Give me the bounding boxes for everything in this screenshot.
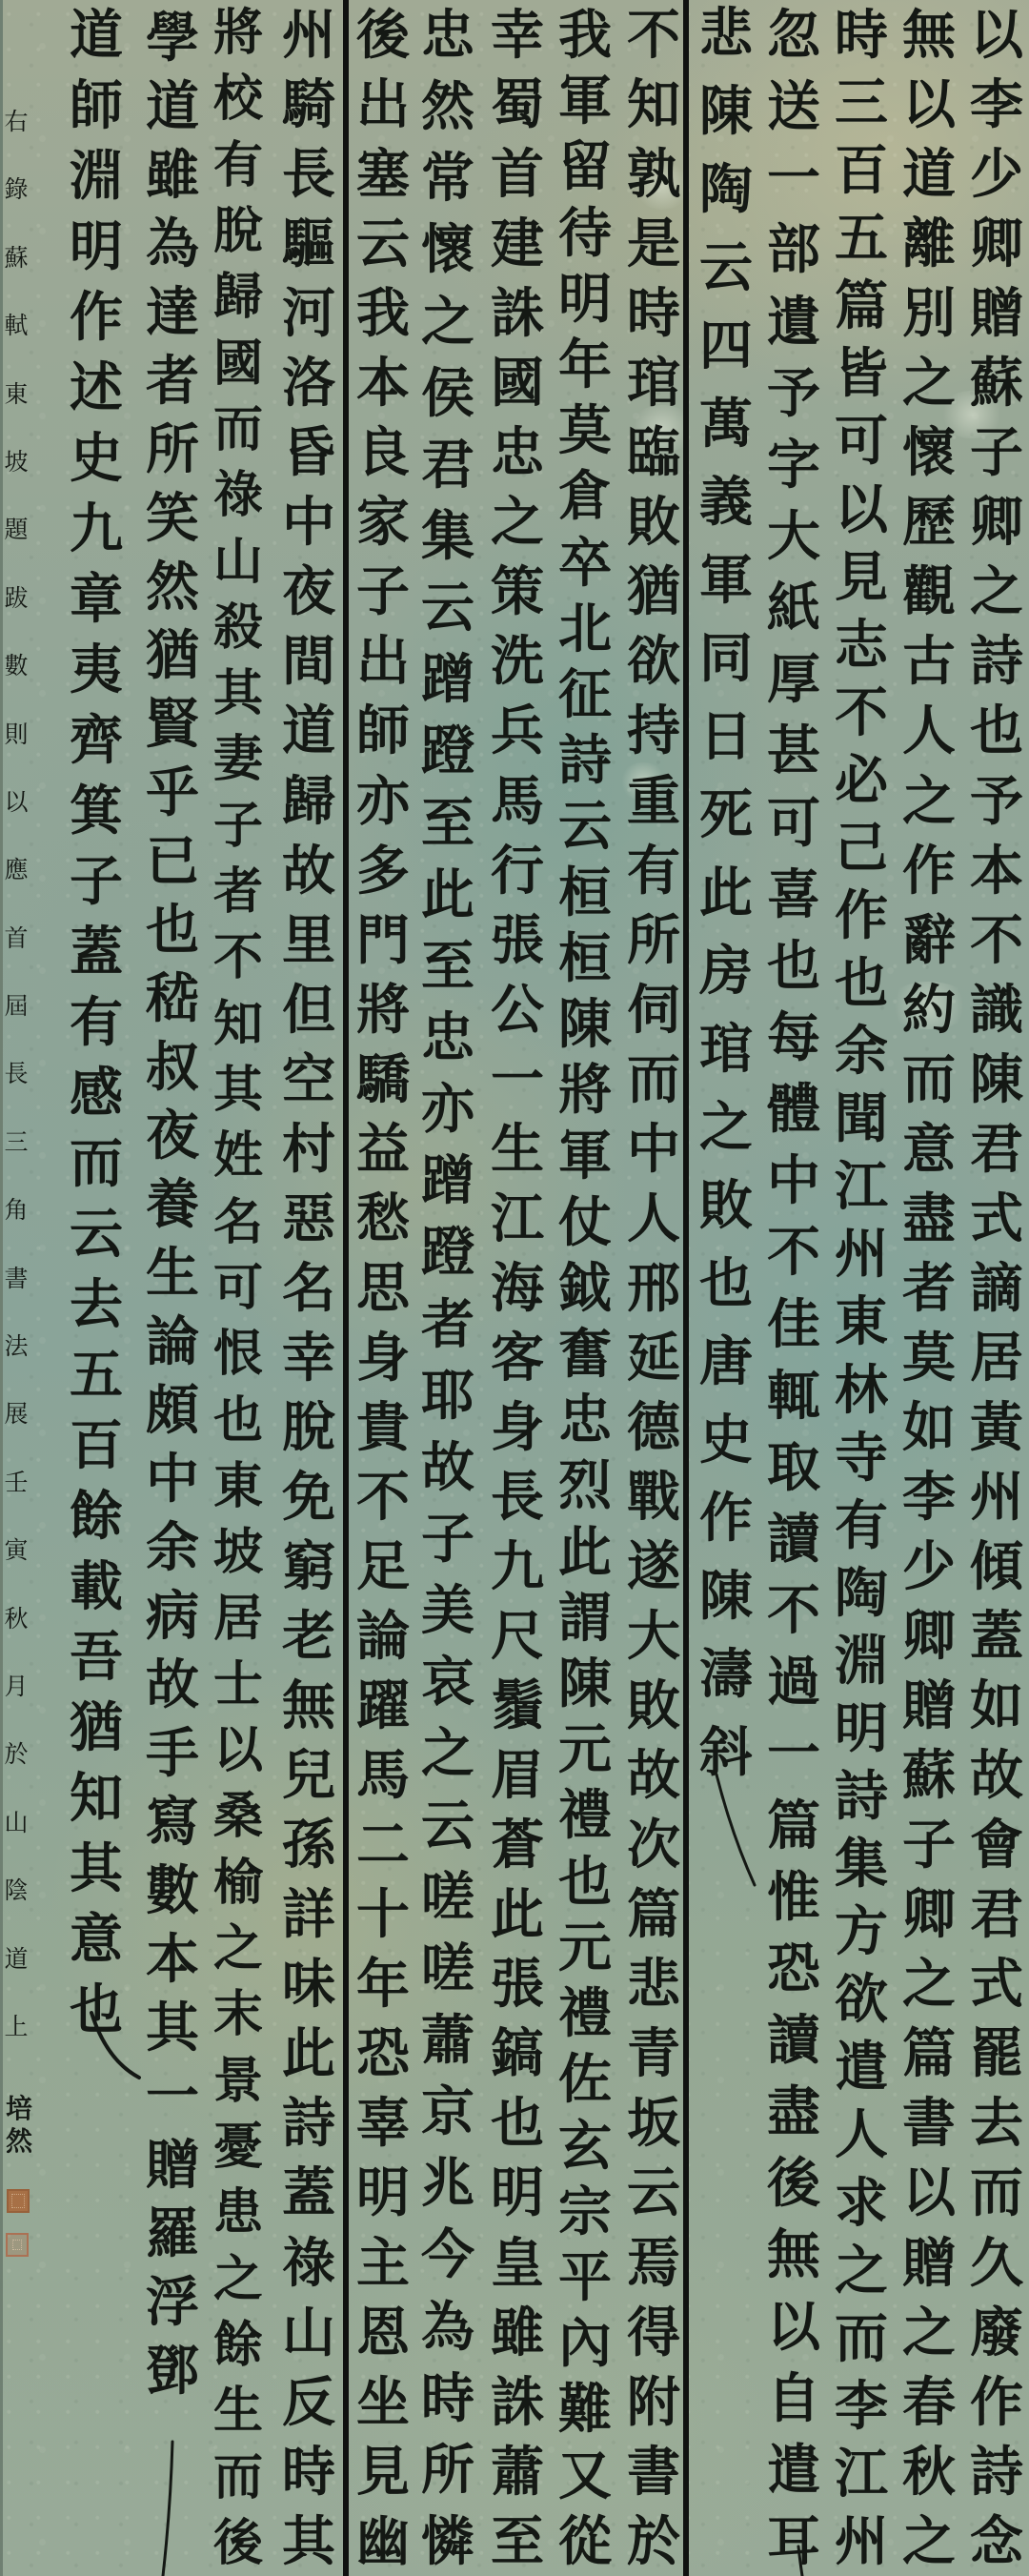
glyph: 誅	[483, 286, 552, 341]
glyph: 焉	[619, 2236, 688, 2291]
glyph: 征	[551, 667, 619, 722]
glyph: 祿	[204, 470, 272, 521]
glyph: 恐	[349, 2026, 417, 2081]
glyph: 烈	[551, 1458, 619, 1513]
glyph: 讀	[759, 1511, 828, 1567]
glyph: 述	[62, 353, 131, 423]
text-column-10: 後出塞云我本良家子出師亦多門將驕益愁思身貴不足論躍馬二十年恐辜明主恩坐見幽	[349, 8, 417, 2569]
glyph: 多	[349, 843, 417, 899]
glyph: 不	[349, 1470, 417, 1525]
glyph: 元	[551, 1722, 619, 1777]
glyph: 學	[138, 4, 207, 72]
glyph: 為	[138, 210, 207, 278]
glyph: 建	[483, 216, 552, 272]
glyph: 嗟	[414, 1941, 482, 1997]
glyph: 春	[895, 2375, 963, 2430]
text-column-14: 道師淵明作述史九章夷齊箕子蓋有感而云去五百餘載吾猶知其意也	[62, 0, 131, 2045]
glyph: 予	[759, 366, 828, 421]
glyph: 得	[619, 2305, 688, 2361]
glyph: 時	[619, 286, 688, 341]
glyph: 待	[551, 206, 619, 261]
glyph: 國	[204, 338, 272, 390]
glyph: 坂	[619, 2096, 688, 2151]
glyph: 皆	[827, 346, 896, 401]
glyph: 餘	[62, 1481, 131, 1552]
glyph: 難	[551, 2382, 619, 2437]
glyph: 歸	[204, 272, 272, 323]
glyph: 云	[349, 216, 417, 272]
glyph: 平	[551, 2250, 619, 2305]
glyph: 所	[138, 416, 207, 484]
glyph: 悲	[619, 1957, 688, 2012]
glyph: 嵇	[138, 964, 207, 1033]
glyph: 君	[962, 1887, 1029, 1942]
glyph: 居	[962, 1330, 1029, 1386]
glyph: 空	[274, 1052, 343, 1107]
glyph: 惡	[274, 1191, 343, 1247]
glyph: 河	[274, 286, 343, 341]
glyph: 行	[483, 843, 552, 899]
glyph: 云	[414, 580, 482, 636]
glyph: 遣	[759, 2443, 828, 2498]
glyph: 後	[204, 2518, 272, 2569]
glyph: 蜀	[483, 77, 552, 132]
glyph: 忠	[414, 8, 482, 63]
glyph: 延	[619, 1330, 688, 1386]
glyph: 末	[204, 1989, 272, 2040]
glyph: 留	[551, 139, 619, 194]
glyph: 奮	[551, 1327, 619, 1382]
glyph: 者	[895, 1261, 963, 1316]
glyph: 佐	[551, 2052, 619, 2107]
glyph: 見	[827, 550, 896, 605]
glyph: 道	[274, 703, 343, 759]
glyph: 詩	[827, 1769, 896, 1824]
glyph: 而	[204, 404, 272, 456]
glyph: 猶	[619, 564, 688, 619]
glyph: 展	[1, 1380, 31, 1448]
glyph: 取	[759, 1440, 828, 1495]
glyph: 大	[619, 1609, 688, 1664]
glyph: 恨	[204, 1329, 272, 1380]
glyph: 四	[692, 307, 760, 385]
glyph: 也	[483, 2096, 552, 2151]
glyph: 萬	[692, 385, 760, 463]
glyph: 蘇	[1, 224, 31, 292]
glyph: 求	[827, 2176, 896, 2231]
glyph: 於	[1, 1720, 31, 1788]
glyph: 約	[895, 983, 963, 1038]
glyph: 躍	[349, 1678, 417, 1734]
glyph: 洗	[483, 634, 552, 689]
glyph: 之	[895, 1957, 963, 2012]
glyph: 百	[827, 143, 896, 198]
glyph: 部	[759, 222, 828, 277]
glyph: 以	[759, 2300, 828, 2355]
glyph: 雖	[138, 141, 207, 210]
glyph: 我	[551, 8, 619, 63]
glyph: 吾	[62, 1622, 131, 1693]
glyph: 中	[274, 495, 343, 550]
glyph: 論	[349, 1609, 417, 1664]
glyph: 貴	[349, 1400, 417, 1455]
glyph: 不	[204, 932, 272, 984]
glyph: 者	[414, 1297, 482, 1352]
glyph: 其	[274, 2514, 343, 2569]
glyph: 重	[619, 774, 688, 829]
glyph: 附	[619, 2375, 688, 2430]
text-column-4: 忽送一部遺予字大紙厚甚可喜也每體中不佳輒取讀不過一篇惟恐讀盡後無以自遣耳	[759, 8, 828, 2569]
glyph: 卿	[895, 1609, 963, 1664]
glyph: 贈	[895, 1678, 963, 1734]
glyph: 本	[962, 843, 1029, 899]
glyph: 元	[551, 1920, 619, 1976]
glyph: 一	[138, 2062, 207, 2131]
text-column-1: 以李少卿贈蘇子卿之詩也予本不識陳君式謫居黃州傾蓋如故會君式罷去而久廢作詩念	[962, 8, 1029, 2569]
glyph: 作	[895, 843, 963, 899]
glyph: 耶	[414, 1369, 482, 1424]
glyph: 州	[827, 1227, 896, 1282]
glyph: 其	[62, 1834, 131, 1904]
glyph: 法	[1, 1312, 31, 1380]
glyph: 以	[895, 77, 963, 132]
glyph: 村	[274, 1122, 343, 1177]
glyph: 大	[759, 509, 828, 564]
glyph: 己	[827, 821, 896, 876]
glyph: 蕭	[414, 2013, 482, 2068]
glyph: 忠	[551, 1392, 619, 1448]
colophon-inscription: 右錄蘇軾東坡題跋數則以應首屆長三角書法展壬寅秋月於山陰道上	[1, 88, 31, 2060]
glyph: 應	[1, 836, 31, 903]
glyph: 辜	[349, 2096, 417, 2151]
glyph: 窮	[274, 1539, 343, 1594]
glyph: 卿	[962, 495, 1029, 550]
glyph: 兵	[483, 703, 552, 759]
glyph: 持	[619, 703, 688, 759]
glyph: 而	[62, 1128, 131, 1199]
glyph: 古	[895, 634, 963, 689]
glyph: 敗	[692, 1166, 760, 1245]
glyph: 至	[483, 2514, 552, 2569]
glyph: 罷	[962, 2026, 1029, 2081]
glyph: 邢	[619, 1261, 688, 1316]
glyph: 集	[827, 1836, 896, 1892]
glyph: 坡	[204, 1527, 272, 1578]
glyph: 居	[204, 1593, 272, 1645]
glyph: 以	[895, 2165, 963, 2221]
glyph: 陳	[551, 997, 619, 1052]
glyph: 浮	[138, 2268, 207, 2337]
glyph: 亦	[414, 1082, 482, 1137]
glyph: 子	[62, 846, 131, 917]
glyph: 式	[962, 1957, 1029, 2012]
glyph: 誅	[483, 2375, 552, 2430]
glyph: 桓	[551, 931, 619, 986]
glyph: 詩	[551, 733, 619, 788]
glyph: 間	[274, 634, 343, 689]
glyph: 之	[962, 564, 1029, 619]
glyph: 屆	[1, 972, 31, 1040]
glyph: 主	[349, 2236, 417, 2291]
glyph: 余	[138, 1513, 207, 1582]
glyph: 州	[274, 8, 343, 63]
glyph: 不	[827, 685, 896, 740]
glyph: 首	[483, 147, 552, 202]
glyph: 蘇	[962, 355, 1029, 411]
glyph: 淵	[827, 1633, 896, 1689]
glyph: 之	[827, 2243, 896, 2299]
glyph: 壬	[1, 1449, 31, 1516]
glyph: 輒	[759, 1369, 828, 1424]
glyph: 陳	[692, 1557, 760, 1635]
glyph: 尺	[483, 1609, 552, 1664]
glyph: 也	[827, 956, 896, 1011]
glyph: 五	[827, 211, 896, 266]
glyph: 門	[349, 913, 417, 968]
glyph: 山	[204, 537, 272, 588]
brush-tail-stroke	[163, 2442, 172, 2576]
glyph: 寅	[1, 1516, 31, 1584]
glyph: 無	[759, 2227, 828, 2282]
glyph: 州	[827, 2514, 896, 2569]
glyph: 人	[827, 2107, 896, 2162]
glyph: 君	[414, 437, 482, 493]
glyph: 年	[551, 337, 619, 393]
glyph: 德	[619, 1400, 688, 1455]
glyph: 寫	[138, 1788, 207, 1856]
glyph: 馬	[483, 774, 552, 829]
glyph: 謂	[551, 1591, 619, 1646]
glyph: 不	[759, 1225, 828, 1280]
glyph: 身	[483, 1400, 552, 1455]
text-column-6: 不知孰是時琯臨敗猶欲持重有所伺而中人邢延德戰遂大敗故次篇悲青坂云焉得附書於	[619, 8, 688, 2569]
glyph: 書	[895, 2096, 963, 2151]
glyph: 江	[827, 2446, 896, 2502]
glyph: 懷	[414, 222, 482, 277]
glyph: 故	[138, 1651, 207, 1719]
glyph: 至	[414, 939, 482, 994]
glyph: 手	[138, 1719, 207, 1788]
glyph: 坐	[349, 2375, 417, 2430]
glyph: 無	[895, 8, 963, 63]
glyph: 愁	[349, 1191, 417, 1247]
glyph: 美	[414, 1583, 482, 1638]
glyph: 唐	[692, 1323, 760, 1401]
glyph: 將	[551, 1063, 619, 1118]
glyph: 也	[759, 939, 828, 994]
glyph: 餘	[204, 2320, 272, 2371]
glyph: 之	[483, 495, 552, 550]
glyph: 伺	[619, 983, 688, 1038]
glyph: 懷	[895, 425, 963, 480]
glyph: 無	[274, 1678, 343, 1734]
glyph: 江	[483, 1191, 552, 1247]
glyph: 從	[551, 2514, 619, 2569]
glyph: 里	[274, 913, 343, 968]
glyph: 之	[895, 355, 963, 411]
glyph: 培	[6, 2093, 32, 2125]
glyph: 而	[827, 2311, 896, 2366]
glyph: 篇	[895, 2026, 963, 2081]
glyph: 洛	[274, 355, 343, 411]
glyph: 則	[1, 700, 31, 768]
glyph: 厚	[759, 652, 828, 707]
glyph: 體	[759, 1082, 828, 1137]
glyph: 嗟	[414, 1870, 482, 1925]
glyph: 李	[895, 1470, 963, 1525]
glyph: 以	[827, 482, 896, 538]
glyph: 有	[827, 1498, 896, 1553]
glyph: 青	[619, 2026, 688, 2081]
glyph: 欲	[827, 1972, 896, 2027]
glyph: 志	[827, 618, 896, 673]
glyph: 作	[962, 2375, 1029, 2430]
glyph: 海	[483, 1261, 552, 1316]
glyph: 斜	[692, 1714, 760, 1792]
glyph: 陳	[692, 72, 760, 151]
glyph: 恐	[759, 1941, 828, 1997]
glyph: 子	[895, 1817, 963, 1873]
glyph: 驅	[274, 216, 343, 272]
glyph: 公	[483, 983, 552, 1038]
glyph: 寺	[827, 1430, 896, 1486]
seal-stamp-1	[7, 2189, 30, 2213]
glyph: 榆	[204, 1857, 272, 1909]
glyph: 惟	[759, 1870, 828, 1925]
glyph: 可	[759, 796, 828, 851]
glyph: 欲	[619, 634, 688, 689]
glyph: 其	[204, 1065, 272, 1116]
glyph: 內	[551, 2316, 619, 2371]
glyph: 贈	[962, 286, 1029, 341]
glyph: 然	[6, 2125, 32, 2158]
glyph: 蘇	[895, 1748, 963, 1803]
glyph: 意	[62, 1904, 131, 1975]
glyph: 師	[62, 71, 131, 141]
glyph: 之	[692, 1088, 760, 1166]
glyph: 人	[895, 703, 963, 759]
glyph: 如	[962, 1678, 1029, 1734]
glyph: 而	[204, 2452, 272, 2504]
glyph: 可	[827, 414, 896, 469]
glyph: 軾	[1, 292, 31, 359]
glyph: 年	[349, 1957, 417, 2012]
glyph: 而	[619, 1052, 688, 1107]
glyph: 中	[138, 1445, 207, 1513]
glyph: 山	[274, 2305, 343, 2361]
glyph: 作	[62, 282, 131, 353]
glyph: 我	[349, 286, 417, 341]
glyph: 老	[274, 1609, 343, 1664]
glyph: 意	[895, 1122, 963, 1177]
glyph: 史	[692, 1401, 760, 1479]
glyph: 以	[962, 8, 1029, 63]
glyph: 讀	[759, 2013, 828, 2068]
glyph: 此	[692, 854, 760, 932]
seal-border	[12, 2240, 22, 2250]
glyph: 少	[962, 147, 1029, 202]
glyph: 數	[138, 1856, 207, 1925]
glyph: 兆	[414, 2156, 482, 2211]
glyph: 妻	[204, 734, 272, 785]
glyph: 跋	[1, 564, 31, 632]
glyph: 念	[962, 2514, 1029, 2569]
glyph: 義	[692, 463, 760, 541]
glyph: 江	[827, 1159, 896, 1214]
glyph: 悲	[692, 0, 760, 72]
glyph: 中	[759, 1153, 828, 1208]
glyph: 臨	[619, 425, 688, 480]
glyph: 首	[1, 904, 31, 972]
glyph: 戰	[619, 1470, 688, 1525]
glyph: 鬚	[483, 1678, 552, 1734]
glyph: 故	[274, 843, 343, 899]
glyph: 時	[414, 2371, 482, 2426]
glyph: 詳	[274, 1887, 343, 1942]
glyph: 殺	[204, 602, 272, 654]
glyph: 去	[62, 1269, 131, 1340]
glyph: 莫	[895, 1330, 963, 1386]
text-column-2: 無以道離別之懷歷觀古人之作辭約而意盡者莫如李少卿贈蘇子卿之篇書以贈之春秋之	[895, 8, 963, 2569]
glyph: 家	[349, 495, 417, 550]
glyph: 十	[349, 1887, 417, 1942]
glyph: 去	[962, 2096, 1029, 2151]
glyph: 東	[827, 1294, 896, 1349]
glyph: 之	[204, 1923, 272, 1975]
glyph: 恩	[349, 2305, 417, 2361]
glyph: 敗	[619, 495, 688, 550]
glyph: 坡	[1, 428, 31, 496]
glyph: 笑	[138, 484, 207, 553]
glyph: 鎬	[483, 2026, 552, 2081]
glyph: 幸	[274, 1330, 343, 1386]
glyph: 養	[138, 1170, 207, 1239]
glyph: 一	[483, 1052, 552, 1107]
glyph: 禮	[551, 1986, 619, 2041]
glyph: 羅	[138, 2200, 207, 2268]
glyph: 傾	[962, 1539, 1029, 1594]
glyph: 右	[1, 88, 31, 155]
glyph: 一	[759, 1726, 828, 1781]
glyph: 遺	[759, 294, 828, 350]
text-column-13: 學道雖為達者所笑然猶賢乎已也嵇叔夜養生論頗中余病故手寫數本其一贈羅浮鄧	[138, 4, 207, 2405]
glyph: 陰	[1, 1856, 31, 1924]
glyph: 箕	[62, 776, 131, 846]
glyph: 書	[1, 1245, 31, 1312]
glyph: 軍	[692, 541, 760, 619]
glyph: 蹭	[414, 652, 482, 707]
glyph: 有	[204, 140, 272, 192]
glyph: 集	[414, 509, 482, 564]
glyph: 生	[138, 1239, 207, 1308]
glyph: 之	[414, 1726, 482, 1781]
text-column-11: 州騎長驅河洛昏中夜間道歸故里但空村惡名幸脫免窮老無兒孫詳味此詩蓋祿山反時其	[274, 8, 343, 2569]
glyph: 秋	[1, 1585, 31, 1653]
glyph: 塞	[349, 147, 417, 202]
glyph: 每	[759, 1010, 828, 1065]
glyph: 鉞	[551, 1261, 619, 1316]
glyph: 夷	[62, 635, 131, 705]
glyph: 題	[1, 496, 31, 563]
glyph: 卿	[962, 216, 1029, 272]
glyph: 夜	[274, 564, 343, 619]
glyph: 東	[204, 1461, 272, 1512]
glyph: 李	[827, 2379, 896, 2434]
glyph: 士	[204, 1659, 272, 1711]
glyph: 蹭	[414, 1153, 482, 1208]
glyph: 陶	[692, 151, 760, 229]
glyph: 有	[619, 843, 688, 899]
